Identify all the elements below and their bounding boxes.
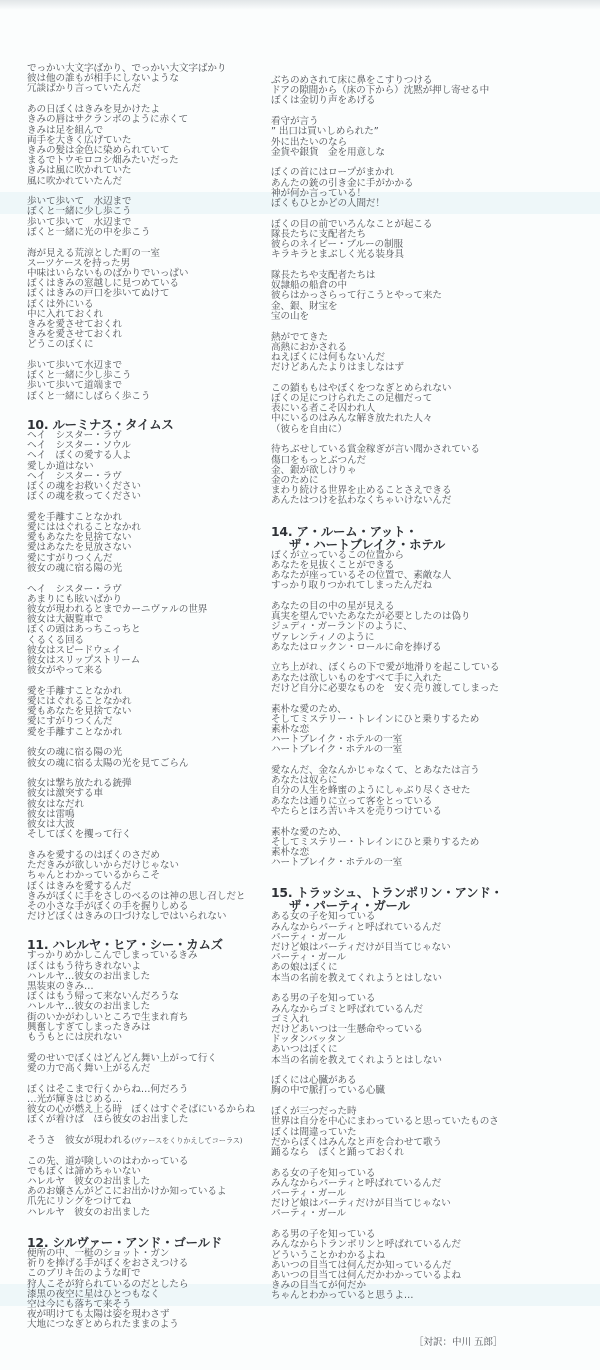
stanza-gap xyxy=(271,694,571,705)
lyric-line: ある男の子を知っている xyxy=(271,994,571,1004)
stanza-gap xyxy=(271,322,571,333)
song-lyrics: ある女の子を知っているみんなからパーティと呼ばれているんだパーティ・ガールだけど… xyxy=(271,912,571,1301)
stanza: 看守が言う” 出口は買いしめられた”外に出たいのなら金貨や銀貨 金を用意しな xyxy=(271,117,571,158)
lyric-line: だけどぼくはきみの口づけなしではいられない xyxy=(27,912,267,922)
lyric-line: どうこのぼくに xyxy=(27,340,267,350)
lyric-line: ちゃんとわかっていると思うよ… xyxy=(271,1291,571,1301)
lyric-line: ぼくと一緒にしばらく歩こう xyxy=(27,392,267,402)
lyric-line: あいつはぼくに xyxy=(271,1045,571,1055)
page-top-shadow xyxy=(0,0,600,10)
lyric-line: 胸の中で脈打っている心臓 xyxy=(271,1086,571,1096)
lyric-line: だけど自分に必要なものを 安く売り渡してしまった xyxy=(271,684,571,694)
stanza: ヘイ シスター・ラヴあまりにも眩いばかり彼女が現われるとまでカーニヴァルの世界彼… xyxy=(27,585,267,677)
lyric-line: 金貨や銀貨 金を用意しな xyxy=(271,148,571,158)
stanza-gap xyxy=(27,574,267,585)
stanza: ぼくはそこまで行くからね…何だろう…光が輝きはじめる…彼女の心が燃え上る時 ぼく… xyxy=(27,1085,267,1126)
stanza: すっかりめかしこんでしまっているきみぼくはもう待ちきれないよハレルヤ…彼女のお出… xyxy=(27,951,267,1043)
stanza-gap xyxy=(271,817,571,828)
lyric-line: 彼女がやって来る xyxy=(27,666,267,676)
stanza: ぼくが三つだった時世界は自分を中心にまわっていると思っていたものさぼくは間違って… xyxy=(271,1107,571,1158)
lyric-line: ジュディ・ガーランドのように、 xyxy=(271,622,571,632)
lyric-line: あなたはロックン・ロールに命を捧げる xyxy=(271,643,571,653)
lyric-line: あんたはつけを払わなくちゃいけないんだ xyxy=(271,496,571,506)
song-lyrics: ぼくが立っているこの位置からあなたを見抜くことができるあなたが座っているその位置… xyxy=(271,551,571,869)
song-title: 10. ルーミナス・タイムス xyxy=(27,418,267,431)
stanza: ぼくの首にはロープがまかれあんたの銃の引き金に手がかかる神が何か言っている！ぼく… xyxy=(271,168,571,209)
stanza: でっかい大文字ばかり、でっかい大文字ばかり彼は他の誰もが相手にしないような冗談ば… xyxy=(27,64,267,95)
song-11: 11. ハレルヤ・ヒア・シー・カムズ すっかりめかしこんでしまっているきみぼくは… xyxy=(27,938,267,1217)
lyric-line: もうもとには戻れない xyxy=(27,1033,267,1043)
stanza: そうさ 彼女が現われる(ヴァースをくりかえしてコーラス) xyxy=(27,1136,267,1146)
stanza: この先、道が険しいのはわかっているでもぼくは諦めちゃいないハレルヤ 彼女のお出ま… xyxy=(27,1157,267,1218)
lyric-line: ぼくは金切り声をあげる xyxy=(271,96,571,106)
lyric-line: ぼくもひとかどの人間だ！ xyxy=(271,199,571,209)
song-10: 10. ルーミナス・タイムス ヘイ シスター・ラヴヘイ シスター・ソウルヘイ ぼ… xyxy=(27,418,267,923)
lyric-line: 彼女の魂に宿る太陽の光を見てごらん xyxy=(27,759,267,769)
lyric-line: きみは風に吹かれていた xyxy=(27,166,267,176)
lyric-line: 踊るなら ぼくと踊っておくれ xyxy=(271,1148,571,1158)
song-lyrics: ヘイ シスター・ラヴヘイ シスター・ソウルヘイ ぼくの愛する人よ愛しか道はないヘ… xyxy=(27,431,267,923)
lyric-line: ハレルヤ 彼女のお出ました xyxy=(27,1208,267,1218)
stanza: 立ち上がれ、ぼくらの下で愛が地滑りを起こしているあなたは欲しいものをすべて手に入… xyxy=(271,663,571,694)
song-title: 12. シルヴァー・アンド・ゴールド xyxy=(27,1236,267,1249)
song-12: 12. シルヴァー・アンド・ゴールド 便所の中、一梃のショット・ガン祈りを捧げる… xyxy=(27,1236,267,1331)
song-title-line-2: ザ・ハートブレイク・ホテル xyxy=(271,538,571,551)
lyric-line: パーティ・ガール xyxy=(271,1209,571,1219)
lyric-line: ぼくが着けば ほら彼女のお出ました xyxy=(27,1115,267,1125)
stanza: ぼくが立っているこの位置からあなたを見抜くことができるあなたが座っているその位置… xyxy=(271,551,571,592)
stanza: ある男の子を知っているみんなからトランポリンと呼ばれているんだどういうことかわか… xyxy=(271,1230,571,1301)
lyric-line: みんなからゴミと呼ばれているんだ xyxy=(271,1005,571,1015)
stanza: 彼女は撃ち放たれる銃弾彼女は激突する車彼女はなだれ彼女は雷鳴彼女は大波そしてぼく… xyxy=(27,779,267,840)
lyric-line: （彼らを自由に） xyxy=(271,425,571,435)
lyric-line: そしてミステリー・トレインにひと乗りするため xyxy=(271,838,571,848)
lyric-line: 風に吹かれていたんだ xyxy=(27,177,267,187)
lyric-line: 金、銀、財宝を xyxy=(271,302,571,312)
stanza: 熱がでてきた高熱におかされるねえぼくには何もないんだだけどあんたよりはましなはず xyxy=(271,333,571,374)
lyric-line: 大地につなぎとめられたままのよう xyxy=(27,1320,267,1330)
stanza: 彼女の魂に宿る陽の光彼女の魂に宿る太陽の光を見てごらん xyxy=(27,748,267,768)
lyric-line: ハートブレイク・ホテルの一室 xyxy=(271,858,571,868)
lyric-line: ぼくと一緒に光の中を歩こう xyxy=(27,228,267,238)
stanza: この鎖ももはやぼくをつなぎとめられないぼくの足につけられたこの足枷だって表にいる… xyxy=(271,384,571,435)
stanza: ある女の子を知っているみんなからパーティと呼ばれているんだパーティ・ガールだけど… xyxy=(271,1169,571,1220)
stanza-gap xyxy=(27,238,267,249)
stanza: 待ちぶせしている賞金稼ぎが言い聞かされている傷口をもっとぶつんだ金、銀が欲しけり… xyxy=(271,445,571,506)
stanza: 素朴な愛のため、そしてミステリー・トレインにひと乗りするため素朴な恋ハートブレイ… xyxy=(271,705,571,756)
stanza: 愛を手離すことなかれ愛にははぐれることなかれ愛もあなたを見捨てない愛はあなたを見… xyxy=(27,513,267,574)
lyric-line: そうさ 彼女が現われる(ヴァースをくりかえしてコーラス) xyxy=(27,1136,267,1146)
lyric-line: そしてぼくを攫って行く xyxy=(27,830,267,840)
song-title: 14. ア・ルーム・アット・ ザ・ハートブレイク・ホテル xyxy=(271,525,571,551)
lyric-line: そしてミステリー・トレインにひと乗りするため xyxy=(271,715,571,725)
stanza: ヘイ シスター・ラヴヘイ シスター・ソウルヘイ ぼくの愛する人よ愛しか道はないヘ… xyxy=(27,431,267,502)
stanza: ぼくには心臓がある胸の中で脈打っている心臓 xyxy=(271,1076,571,1096)
lyric-line: 本当の名前を教えてくれようとはしない xyxy=(271,974,571,984)
translator-credit: ［対訳：中川 五郎］ xyxy=(414,1334,503,1348)
stanza: 海が見える荒涼とした町の一室スーツケースを持った男中味はいらないものばかりでいっ… xyxy=(27,249,267,351)
stanza: 便所の中、一梃のショット・ガン祈りを捧げる手がぼくをおさえつけるこのブリキ缶のよ… xyxy=(27,1249,267,1331)
stanza: ぼくの目の前でいろんなことが起こる隊長たちに支配者たち彼らのネイビー・ブルーの制… xyxy=(271,220,571,261)
lyric-line: やたらとほろ苦いキスを売りつけている xyxy=(271,807,571,817)
lyric-line: ヘイ ぼくの愛する人よ xyxy=(27,451,267,461)
lyric-line: 本当の名前を教えてくれようとはしない xyxy=(271,1056,571,1066)
song-9-continuation: でっかい大文字ばかり、でっかい大文字ばかり彼は他の誰もが相手にしないような冗談ば… xyxy=(27,64,267,402)
stanza: あの日ぼくはきみを見かけたよきみの唇はサクランボのように赤くてきみは足を組んで両… xyxy=(27,105,267,187)
stanza: ある女の子を知っているみんなからパーティと呼ばれているんだパーティ・ガールだけど… xyxy=(271,912,571,983)
stanza: 隊長たちや支配者たちは奴隷船の船倉の中彼らはかっさらって行こうとやって来た金、銀… xyxy=(271,271,571,322)
stanza: きみを愛するのはぼくのさだめただきみが欲しいからだけじゃないちゃんとわかっている… xyxy=(27,851,267,922)
song-12-continuation: ぶちのめされて床に鼻をこすりつけるドアの隙間から（床の下から）沈黙が押し寄せる中… xyxy=(271,76,571,507)
lyric-line: 冗談ばかり言っていたんだ xyxy=(27,84,267,94)
stanza: あなたの目の中の星が見える真実を望んでいたあなたが必要としたのは偽りジュディ・ガ… xyxy=(271,602,571,653)
stanza: 愛なんだ、金なんかじゃなくて、とあなたは言うあなたは奴らに自分の人生を蜂蜜のよう… xyxy=(271,766,571,817)
song-14: 14. ア・ルーム・アット・ ザ・ハートブレイク・ホテル ぼくが立っているこの位… xyxy=(271,525,571,869)
song-lyrics: すっかりめかしこんでしまっているきみぼくはもう待ちきれないよハレルヤ…彼女のお出… xyxy=(27,951,267,1217)
song-15: 15. トラッシュ、トランポリン・アンド・ ザ・パーティ・ガール ある女の子を知… xyxy=(271,886,571,1301)
lyric-line: 愛の力で高く舞い上がるんだ xyxy=(27,1064,267,1074)
stanza: 愛のせいでぼくはどんどん舞い上がって行く愛の力で高く舞い上がるんだ xyxy=(27,1054,267,1074)
stanza: ぶちのめされて床に鼻をこすりつけるドアの隙間から（床の下から）沈黙が押し寄せる中… xyxy=(271,76,571,107)
lyric-line: ” 出口は買いしめられた” xyxy=(271,127,571,137)
lyric-line: 宝の山を xyxy=(271,312,571,322)
lyric-line: きみの唇はサクランボのように赤くて xyxy=(27,115,267,125)
song-lyrics: 便所の中、一梃のショット・ガン祈りを捧げる手がぼくをおさえつけるこのブリキ缶のよ… xyxy=(27,1249,267,1331)
lyric-line: このブリキ缶のような町で xyxy=(27,1269,267,1279)
song-title: 15. トラッシュ、トランポリン・アンド・ ザ・パーティ・ガール xyxy=(271,886,571,912)
lyric-line: 愛を手離すことなかれ xyxy=(27,728,267,738)
lyric-line: ぼくの魂を救ってください xyxy=(27,492,267,502)
stanza: 愛を手離すことなかれ愛にはぐれることなかれ愛もあなたを見捨てない愛にすがりつくん… xyxy=(27,687,267,738)
stanza: 歩いて歩いて水辺までぼくと一緒に少し歩こう歩いて歩いて道端までぼくと一緒にしばら… xyxy=(27,361,267,402)
lyrics-column-left: でっかい大文字ばかり、でっかい大文字ばかり彼は他の誰もが相手にしないような冗談ば… xyxy=(27,64,267,1331)
lyric-line: キラキラとまぶしく光る装身具 xyxy=(271,250,571,260)
lyric-line: ハートブレイク・ホテルの一室 xyxy=(271,745,571,755)
stanza: 歩いて歩いて 水辺までぼくと一緒に少し歩こう歩いて歩いて 水辺までぼくと一緒に光… xyxy=(27,197,267,238)
stanza: 素朴な愛のため、そしてミステリー・トレインにひと乗りするため素朴な恋ハートブレイ… xyxy=(271,828,571,869)
performance-note: (ヴァースをくりかえしてコーラス) xyxy=(131,1136,242,1145)
stanza: ある男の子を知っているみんなからゴミと呼ばれているんだゴミ入れだけどあいつは一生… xyxy=(271,994,571,1065)
lyric-line: 彼女の魂に宿る陽の光 xyxy=(27,564,267,574)
lyric-line: だけどあんたよりはましなはず xyxy=(271,363,571,373)
lyric-line: すっかり取りつかれてしまったんだね xyxy=(271,581,571,591)
lyrics-column-right: ぶちのめされて床に鼻をこすりつけるドアの隙間から（床の下から）沈黙が押し寄せる中… xyxy=(271,76,571,1302)
